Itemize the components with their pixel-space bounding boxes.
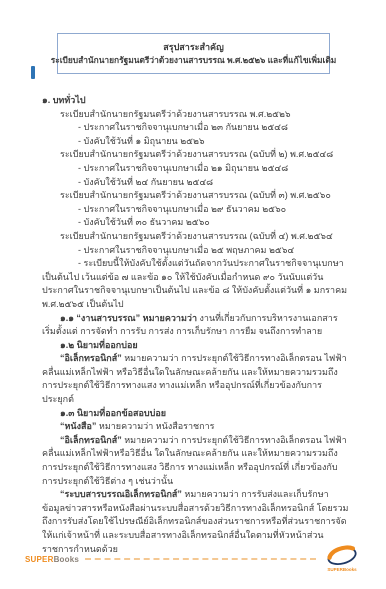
- footer-divider: [85, 558, 316, 560]
- brand-logo: SUPERBooks: [322, 545, 362, 573]
- regulation-line: ระเบียบสำนักนายกรัฐมนตรีว่าด้วยงานสารบรร…: [42, 108, 350, 122]
- bullet-line: - บังคับใช้วันที่ ๑ มิถุนายน ๒๕๒๖: [42, 135, 350, 149]
- definition-term: “อิเล็กทรอนิกส์”: [60, 435, 122, 445]
- subsection-heading: ๑.๒ นิยามที่ออกบ่อย: [42, 339, 350, 353]
- definition-term: “หนังสือ”: [60, 421, 96, 431]
- logo-caption: SUPERBooks: [327, 567, 356, 573]
- superbooks-logo-icon: [325, 545, 359, 567]
- title-box: สรุปสาระสำคัญ ระเบียบสำนักนายกรัฐมนตรีว่…: [57, 33, 330, 74]
- regulation-line: ระเบียบสำนักนายกรัฐมนตรีว่าด้วยงานสารบรร…: [42, 148, 350, 162]
- regulation-line: ระเบียบสำนักนายกรัฐมนตรีว่าด้วยงานสารบรร…: [42, 189, 350, 203]
- regulation-line: ระเบียบสำนักนายกรัฐมนตรีว่าด้วยงานสารบรร…: [42, 230, 350, 244]
- definition-term: “ระบบสารบรรณอิเล็กทรอนิกส์”: [60, 489, 182, 499]
- definition-paragraph: “อิเล็กทรอนิกส์” หมายความว่า การประยุกต์…: [42, 352, 350, 406]
- bullet-line: - ประกาศในราชกิจจานุเบกษาเมื่อ ๒๑ มิถุนา…: [42, 162, 350, 176]
- section-heading: ๑. บททั่วไป: [42, 94, 350, 108]
- definition-term: ๑.๑ “งานสารบรรณ” หมายความว่า: [60, 313, 197, 323]
- document-page: สรุปสาระสำคัญ ระเบียบสำนักนายกรัฐมนตรีว่…: [0, 0, 386, 589]
- page-footer: SUPERBooks SUPERBooks: [25, 544, 362, 574]
- definition-paragraph: “หนังสือ” หมายความว่า หนังสือราชการ: [42, 420, 350, 434]
- doc-title-line1: สรุปสาระสำคัญ: [163, 41, 224, 54]
- definition-paragraph: “อิเล็กทรอนิกส์” หมายความว่า การประยุกต์…: [42, 434, 350, 488]
- bullet-line: - ประกาศในราชกิจจานุเบกษาเมื่อ ๒๕ พฤษภาค…: [42, 244, 350, 258]
- bullet-line: - บังคับใช้วันที่ ๒๔ กันยายน ๒๕๔๘: [42, 176, 350, 190]
- definition-paragraph: ๑.๑ “งานสารบรรณ” หมายความว่า งานที่เกี่ย…: [42, 312, 350, 339]
- text-cursor-artifact: [31, 66, 35, 79]
- bullet-line: - ประกาศในราชกิจจานุเบกษาเมื่อ ๒๓ กันยาย…: [42, 121, 350, 135]
- document-body: ๑. บททั่วไป ระเบียบสำนักนายกรัฐมนตรีว่าด…: [42, 94, 350, 556]
- bullet-line: - ประกาศในราชกิจจานุเบกษาเมื่อ ๒๙ ธันวาค…: [42, 203, 350, 217]
- brand-wordmark: SUPERBooks: [25, 555, 79, 564]
- definition-term: “อิเล็กทรอนิกส์”: [60, 353, 122, 363]
- bullet-paragraph: - ระเบียบนี้ให้บังคับใช้ตั้งแต่วันถัดจาก…: [42, 257, 350, 311]
- subsection-heading: ๑.๓ นิยามที่ออกข้อสอบบ่อย: [42, 407, 350, 421]
- bullet-line: - บังคับใช้วันที่ ๓๐ ธันวาคม ๒๕๖๐: [42, 216, 350, 230]
- doc-title-line2: ระเบียบสำนักนายกรัฐมนตรีว่าด้วยงานสารบรร…: [51, 54, 337, 67]
